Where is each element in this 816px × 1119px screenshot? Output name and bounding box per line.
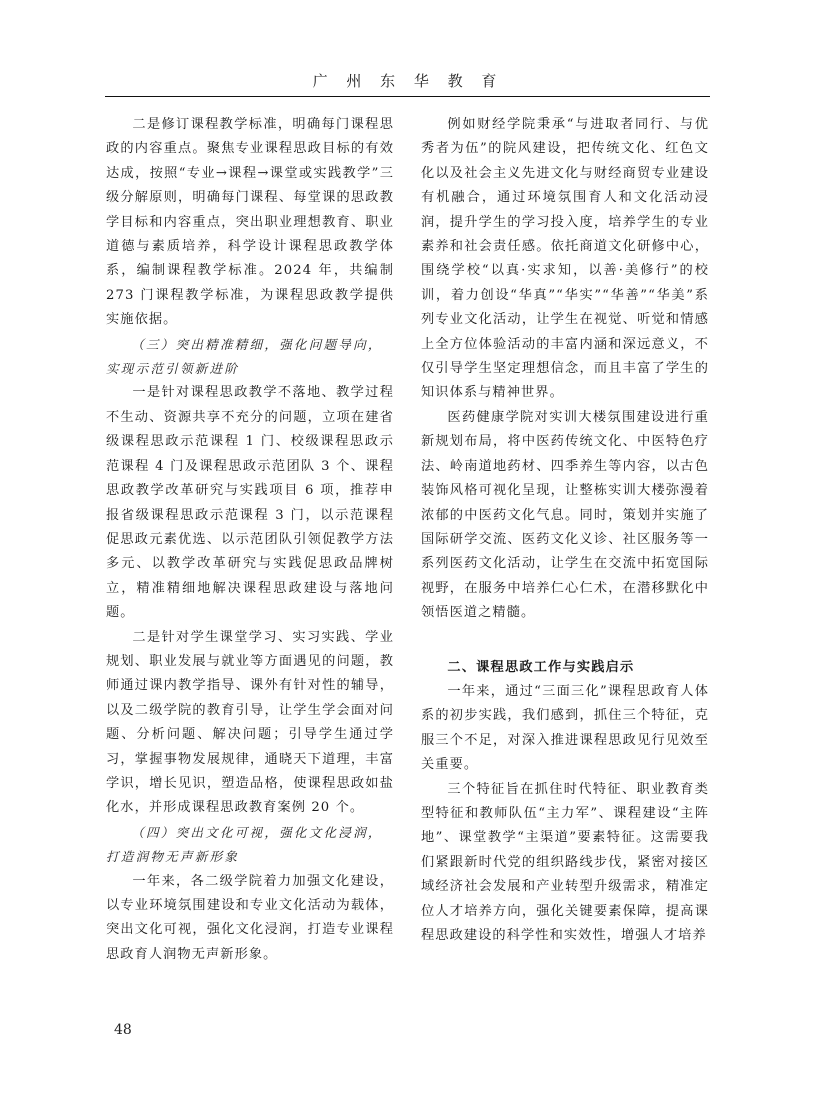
subheading-three: （三）突出精准精细，强化问题导向，实现示范引领新进阶: [106, 333, 394, 382]
journal-header-title: 广 州 东 华 教 育: [0, 70, 816, 91]
right-column: 例如财经学院秉承“与进取者同行、与优秀者为伍”的院风建设，把传统文化、红色文化以…: [421, 113, 709, 948]
paragraph-three-features: 三个特征旨在抓住时代特征、职业教育类型特征和教师队伍“主力军”、课程建设“主阵地…: [421, 778, 709, 949]
paragraph-student-guidance: 二是针对学生课堂学习、实习实践、学业规划、职业发展与就业等方面遇见的问题，教师通…: [106, 626, 394, 821]
left-column: 二是修订课程教学标准，明确每门课程思政的内容重点。聚焦专业课程思政目标的有效达成…: [106, 113, 394, 967]
paragraph-medical-college: 医药健康学院对实训大楼氛围建设进行重新规划布局，将中医药传统文化、中医特色疗法、…: [421, 406, 709, 626]
page-number: 48: [114, 1022, 132, 1038]
paragraph-revise-standards: 二是修订课程教学标准，明确每门课程思政的内容重点。聚焦专业课程思政目标的有效达成…: [106, 113, 394, 333]
paragraph-practice-insights: 一年来，通过“三面三化”课程思政育人体系的初步实践，我们感到，抓住三个特征，克服…: [421, 680, 709, 778]
subheading-four: （四）突出文化可视，强化文化浸润，打造润物无声新形象: [106, 821, 394, 870]
paragraph-demonstration-projects: 一是针对课程思政教学不落地、教学过程不生动、资源共享不充分的问题，立项在建省级课…: [106, 381, 394, 625]
section-heading-two: 二、课程思政工作与实践启示: [421, 656, 709, 680]
paragraph-culture-building: 一年来，各二级学院着力加强文化建设，以专业环境氛围建设和专业文化活动为载体，突出…: [106, 870, 394, 968]
paragraph-finance-college: 例如财经学院秉承“与进取者同行、与优秀者为伍”的院风建设，把传统文化、红色文化以…: [421, 113, 709, 406]
header-divider: [105, 96, 710, 97]
